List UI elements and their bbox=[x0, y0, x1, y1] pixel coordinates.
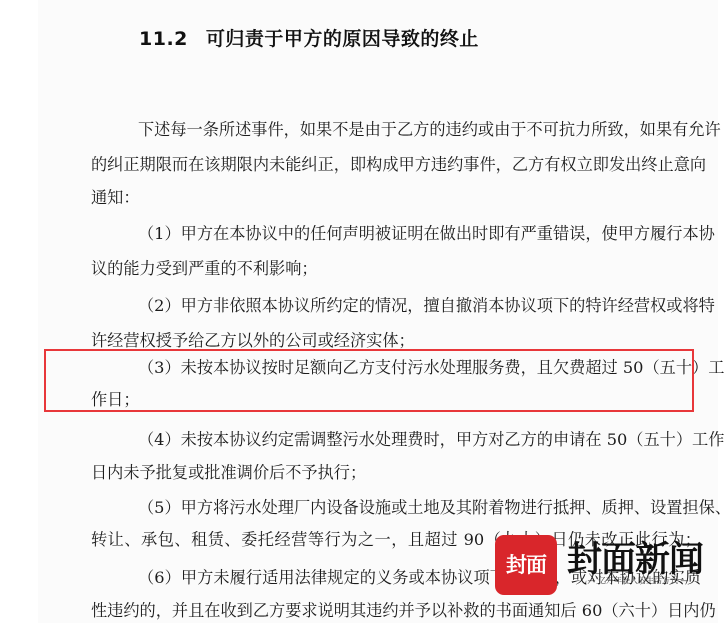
clause-1-line: （1）甲方在本协议中的任何声明被证明在做出时即有严重错误，使甲方履行本协 bbox=[138, 224, 701, 244]
document-page: 11.2可归责于甲方的原因导致的终止 下述每一条所述事件，如果不是由于乙方的违约… bbox=[38, 0, 718, 623]
paragraph-line: 通知： bbox=[91, 188, 701, 208]
paragraph-line: 下述每一条所述事件，如果不是由于乙方的违约或由于不可抗力所致，如果有允许 bbox=[138, 120, 701, 140]
clause-2-line: 许经营权授予给乙方以外的公司或经济实体； bbox=[91, 331, 701, 351]
section-heading: 11.2可归责于甲方的原因导致的终止 bbox=[139, 24, 479, 51]
news-watermark: 封面 封面新闻 — 亿万年轻人的生活方式 — bbox=[493, 535, 725, 623]
section-number: 11.2 bbox=[139, 28, 188, 50]
clause-5-line: （5）甲方将污水处理厂内设备设施或土地及其附着物进行抵押、质押、设置担保、 bbox=[138, 498, 701, 518]
news-logo-icon: 封面 bbox=[495, 535, 557, 595]
clause-4-line: （4）未按本协议约定需调整污水处理费时，甲方对乙方的申请在 50（五十）工作 bbox=[138, 430, 701, 450]
section-title: 可归责于甲方的原因导致的终止 bbox=[206, 28, 479, 50]
paragraph-line: 的纠正期限而在该期限内未能纠正，即构成甲方违约事件，乙方有权立即发出终止意向 bbox=[91, 155, 701, 175]
clause-2-line: （2）甲方非依照本协议所约定的情况，擅自撤消本协议项下的特许经营权或将特 bbox=[138, 296, 701, 316]
highlight-box-clause-3 bbox=[44, 349, 694, 412]
clause-1-line: 议的能力受到严重的不利影响； bbox=[91, 259, 701, 279]
watermark-slogan: — 亿万年轻人的生活方式 — bbox=[565, 575, 711, 586]
clause-4-line: 日内未予批复或批准调价后不予执行； bbox=[91, 463, 701, 483]
